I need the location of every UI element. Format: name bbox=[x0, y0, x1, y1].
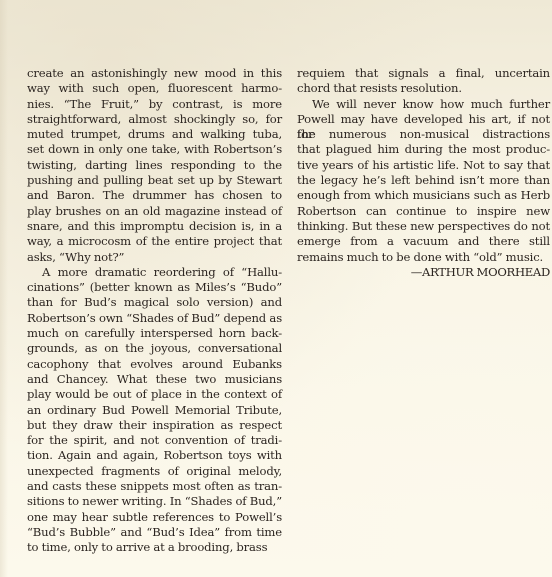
text-line: Powell may have developed his art, if no… bbox=[297, 112, 550, 127]
text-line: and casts these snippets most often as t… bbox=[27, 479, 282, 494]
text-line: and Chancey. What these two musicians bbox=[27, 372, 282, 387]
text-line: an ordinary Bud Powell Memorial Tribute, bbox=[27, 403, 282, 418]
text-line: remains much to be done with “old” music… bbox=[297, 250, 550, 265]
text-line: muted trumpet, drums and walking tuba, bbox=[27, 127, 282, 142]
text-line: straightforward, almost shockingly so, f… bbox=[27, 112, 282, 127]
text-line: thinking. But these new perspectives do … bbox=[297, 219, 550, 234]
text-line: play brushes on an old magazine instead … bbox=[27, 204, 282, 219]
text-line: grounds, as on the joyous, conversationa… bbox=[27, 341, 282, 356]
text-line: enough from which musicians such as Herb bbox=[297, 188, 550, 203]
text-line: asks, “Why not?” bbox=[27, 250, 282, 265]
text-line: the legacy he’s left behind isn’t more t… bbox=[297, 173, 550, 188]
text-line: pushing and pulling beat set up by Stewa… bbox=[27, 173, 282, 188]
text-line: We will never know how much further bbox=[297, 97, 550, 112]
text-line: for the spirit, and not convention of tr… bbox=[27, 433, 282, 448]
text-line: way with such open, fluorescent harmo- bbox=[27, 81, 282, 96]
text-line: tive years of his artistic life. Not to … bbox=[297, 158, 550, 173]
text-line: requiem that signals a final, uncertain bbox=[297, 66, 550, 81]
text-line: sitions to newer writing. In “Shades of … bbox=[27, 494, 282, 509]
liner-notes-page: create an astonishingly new mood in this… bbox=[0, 0, 552, 577]
text-line: play would be out of place in the contex… bbox=[27, 387, 282, 402]
paper-fold-shadow bbox=[0, 0, 8, 577]
text-line: Robertson can continue to inspire new bbox=[297, 204, 550, 219]
text-line: cinations” (better known as Miles’s “Bud… bbox=[27, 280, 282, 295]
text-line: “Bud’s Bubble” and “Bud’s Idea” from tim… bbox=[27, 525, 282, 540]
text-line: much on carefully interspersed horn back… bbox=[27, 326, 282, 341]
text-line: snare, and this impromptu decision is, i… bbox=[27, 219, 282, 234]
right-column: requiem that signals a final, uncertainc… bbox=[297, 66, 550, 280]
text-line: tion. Again and again, Robertson toys wi… bbox=[27, 448, 282, 463]
text-line: cacophony that evolves around Eubanks bbox=[27, 357, 282, 372]
text-line: but they draw their inspiration as respe… bbox=[27, 418, 282, 433]
text-line: twisting, darting lines responding to th… bbox=[27, 158, 282, 173]
text-line: that plagued him during the most produc- bbox=[297, 142, 550, 157]
text-line: emerge from a vacuum and there still bbox=[297, 234, 550, 249]
text-line: Robertson’s own “Shades of Bud” depend a… bbox=[27, 311, 282, 326]
text-line: unexpected fragments of original melody, bbox=[27, 464, 282, 479]
author-signature: —ARTHUR MOORHEAD bbox=[297, 265, 550, 280]
text-line: to time, only to arrive at a brooding, b… bbox=[27, 540, 282, 555]
text-line: set down in only one take, with Robertso… bbox=[27, 142, 282, 157]
text-line: way, a microcosm of the entire project t… bbox=[27, 234, 282, 249]
text-line: the numerous non-musical distractions bbox=[297, 127, 550, 142]
text-line: create an astonishingly new mood in this bbox=[27, 66, 282, 81]
text-line: one may hear subtle references to Powell… bbox=[27, 510, 282, 525]
left-column: create an astonishingly new mood in this… bbox=[27, 66, 282, 556]
text-line: nies. “The Fruit,” by contrast, is more bbox=[27, 97, 282, 112]
text-line: and Baron. The drummer has chosen to bbox=[27, 188, 282, 203]
text-line: chord that resists resolution. bbox=[297, 81, 550, 96]
text-line: A more dramatic reordering of “Hallu- bbox=[27, 265, 282, 280]
text-line: than for Bud’s magical solo version) and bbox=[27, 295, 282, 310]
